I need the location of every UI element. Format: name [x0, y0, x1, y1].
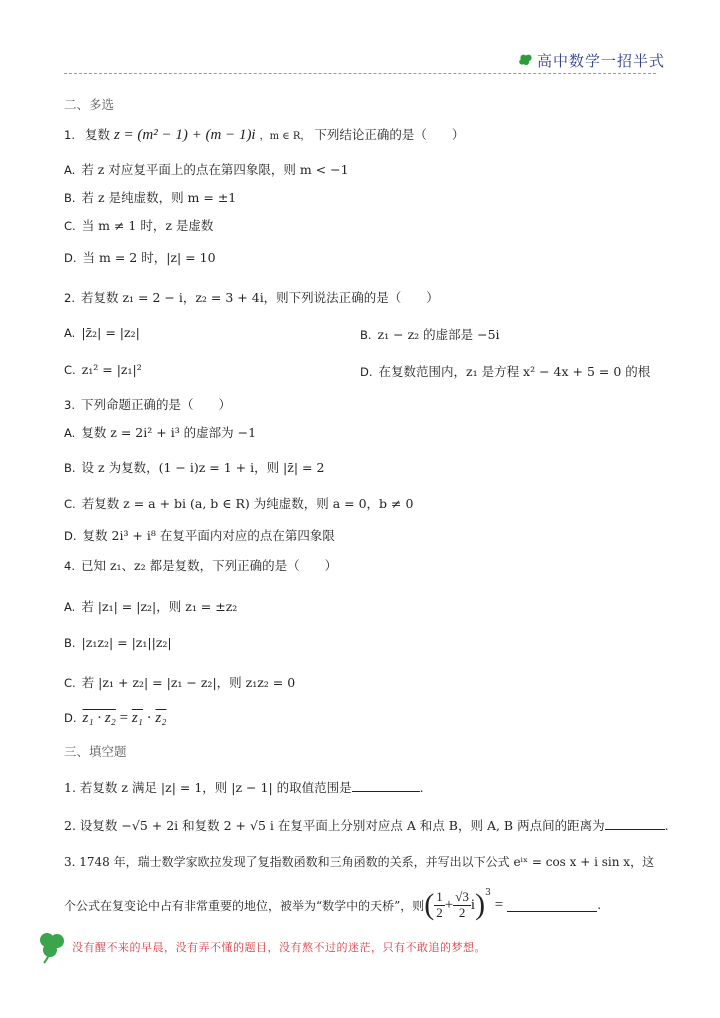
fraction-sqrt3-half: √32	[453, 890, 471, 920]
q3-option-d: D.复数 2i³ + i⁸ 在复平面内对应的点在第四象限	[64, 526, 335, 544]
q1-option-b: B.若 z 是纯虚数，则 m = ±1	[64, 188, 236, 206]
clover-icon	[518, 53, 534, 69]
answer-blank[interactable]	[605, 817, 665, 830]
q1-option-d: D.当 m = 2 时，|z| = 10	[64, 248, 216, 266]
q2-option-b: B.z₁ − z₂ 的虚部是 −5i	[360, 325, 500, 343]
q3-option-c: C.若复数 z = a + bi (a, b ∈ R) 为纯虚数，则 a = 0…	[64, 494, 413, 512]
q2-option-a: A.|z̄₂| = |z₂|	[64, 325, 140, 340]
page-header: 高中数学一招半式	[518, 50, 665, 71]
q3-option-b: B.设 z 为复数，(1 − i)z = 1 + i，则 |z̄| = 2	[64, 458, 324, 476]
fill-question-3-line-2: 个公式在复变论中占有非常重要的地位，被举为“数学中的天桥”，则 ( 12 + √…	[64, 888, 601, 922]
fill-question-1: 1. 若复数 z 满足 |z| = 1，则 |z − 1| 的取值范围是.	[64, 778, 424, 796]
footer-motto: 没有醒不来的早晨，没有弄不懂的题目，没有熬不过的迷茫，只有不敢追的梦想。	[72, 939, 486, 955]
fill-question-3-line-1: 3. 1748 年，瑞士数学家欧拉发现了复指数函数和三角函数的关系，并写出以下公…	[64, 853, 654, 870]
q3-option-a: A.复数 z = 2i² + i³ 的虚部为 −1	[64, 423, 256, 441]
q4-option-a: A.若 |z₁| = |z₂|，则 z₁ = ±z₂	[64, 597, 237, 615]
q2-option-c: C.z₁² = |z₁|²	[64, 362, 142, 377]
fill-question-2: 2. 设复数 −√5 + 2i 和复数 2 + √5 i 在复平面上分别对应点 …	[64, 816, 669, 834]
question-3: 3.下列命题正确的是（ ）	[64, 395, 231, 413]
question-4: 4.已知 z₁、z₂ 都是复数，下列正确的是（ ）	[64, 556, 337, 574]
q2-option-d: D.在复数范围内，z₁ 是方程 x² − 4x + 5 = 0 的根	[360, 362, 650, 380]
q4-option-c: C.若 |z₁ + z₂| = |z₁ − z₂|，则 z₁z₂ = 0	[64, 673, 295, 691]
fraction-one-half: 12	[434, 890, 445, 920]
answer-blank[interactable]	[352, 779, 420, 792]
answer-blank[interactable]	[507, 899, 597, 912]
q1-option-a: A.若 z 对应复平面上的点在第四象限，则 m < −1	[64, 160, 349, 178]
q1-option-c: C.当 m ≠ 1 时，z 是虚数	[64, 216, 213, 234]
question-1: 1. 复数 z = (m² − 1) + (m − 1)i ，m ∈ R， 下列…	[64, 125, 464, 144]
q4-option-b: B.|z₁z₂| = |z₁||z₂|	[64, 635, 172, 650]
clover-icon	[36, 930, 68, 964]
header-title: 高中数学一招半式	[537, 50, 665, 71]
question-2: 2.若复数 z₁ = 2 − i，z₂ = 3 + 4i，则下列说法正确的是（ …	[64, 288, 439, 306]
section-title-multiple-choice: 二、多选	[64, 95, 114, 113]
page-footer: 没有醒不来的早晨，没有弄不懂的题目，没有熬不过的迷茫，只有不敢追的梦想。	[36, 930, 486, 964]
q4-option-d: D.z₁ · z₂ = z₁ · z₂	[64, 710, 166, 727]
section-title-fill-in: 三、填空题	[64, 742, 127, 760]
header-divider	[64, 73, 656, 74]
